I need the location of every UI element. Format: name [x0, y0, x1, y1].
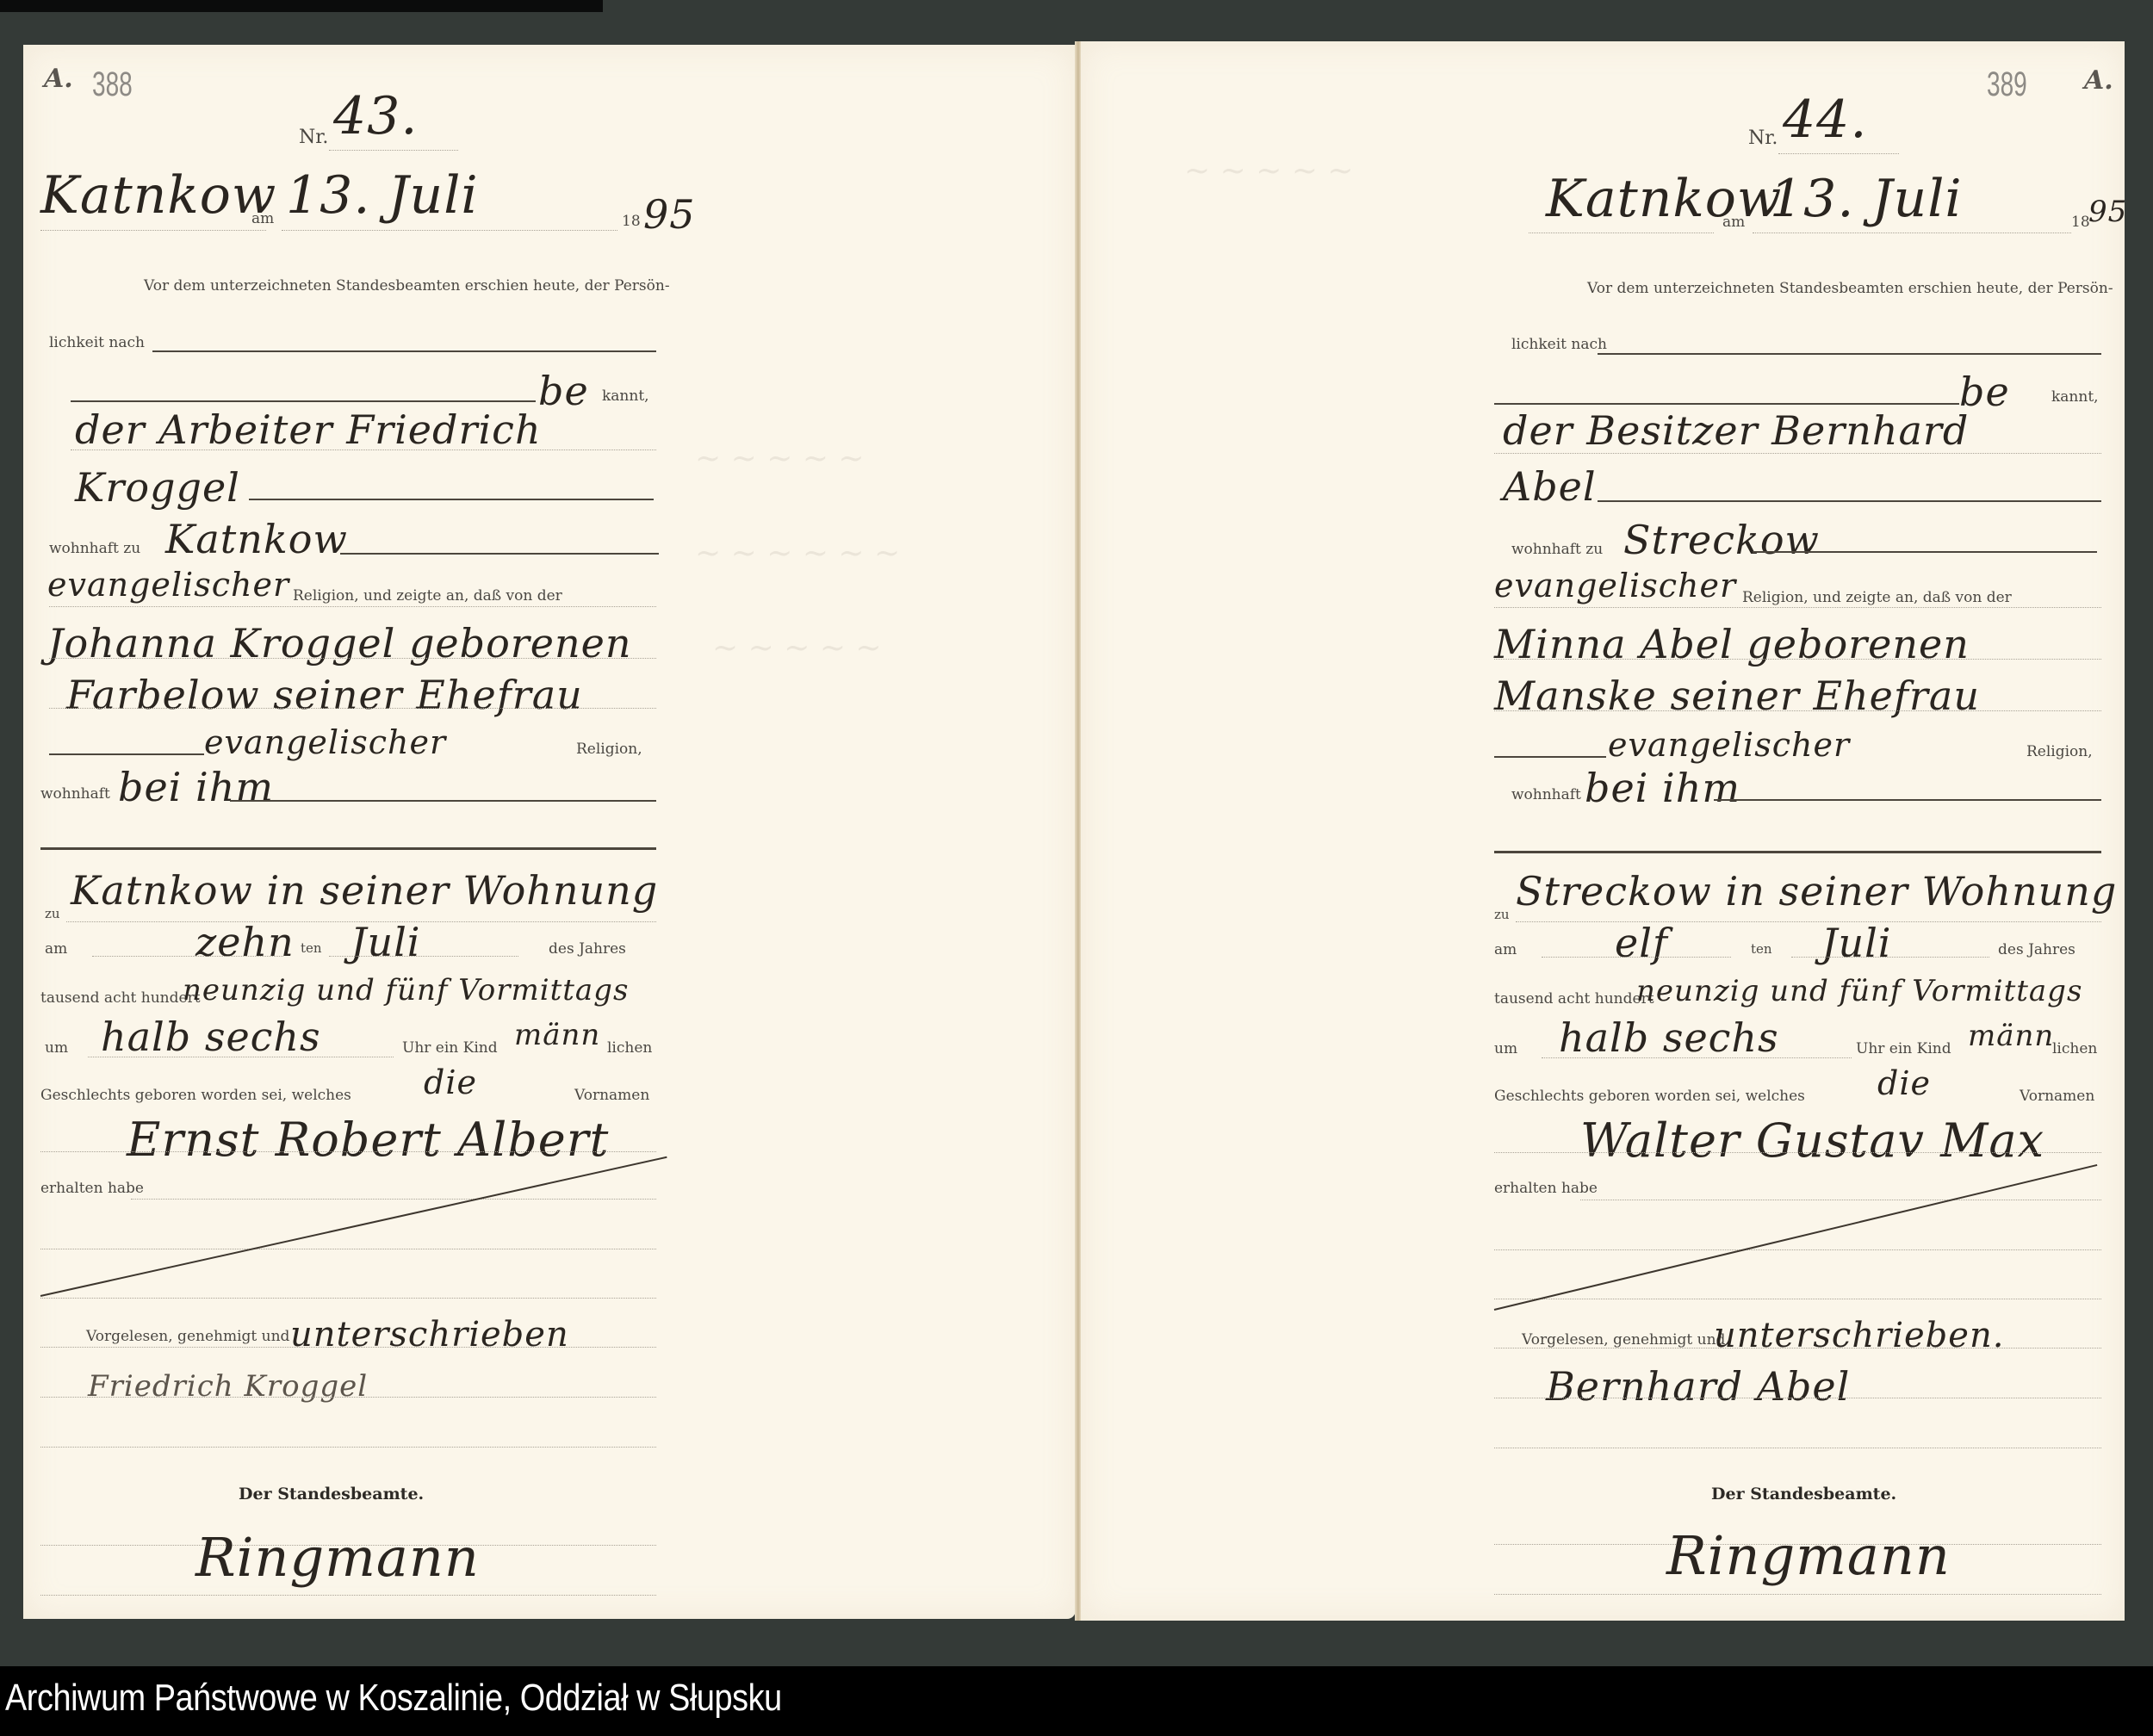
birth-year-text: neunzig und fünf Vormittags	[1636, 974, 2082, 1008]
year-suffix: 95	[643, 191, 696, 238]
am-label: am	[251, 210, 274, 227]
child-given-names: Ernst Robert Albert	[127, 1113, 609, 1167]
child-given-names: Walter Gustav Max	[1580, 1113, 2044, 1168]
birth-year-text: neunzig und fünf Vormittags	[183, 973, 629, 1008]
religion-label-1: Religion, und zeigte an, daß von der	[1742, 589, 2012, 606]
birthplace: Katnkow in seiner Wohnung	[71, 867, 658, 914]
vorgelesen-label: Vorgelesen, genehmigt und	[86, 1328, 289, 1345]
wohnhaft-label: wohnhaft	[40, 785, 110, 803]
vornamen-label: Vornamen	[574, 1087, 649, 1104]
lichen-label: lichen	[607, 1039, 652, 1057]
official-title: Der Standesbeamte.	[239, 1485, 424, 1503]
welches-die: die	[424, 1063, 477, 1101]
geschlechts-label: Geschlechts geboren worden sei, welches	[40, 1087, 351, 1104]
ten-label: ten	[1751, 941, 1772, 957]
religion-label-2: Religion,	[2026, 743, 2093, 760]
birth-time: halb sechs	[1559, 1014, 1779, 1061]
declarant-occupation-name: der Besitzer Bernhard	[1503, 407, 1969, 454]
number-label: Nr.	[1748, 127, 1778, 149]
declarant-religion: evangelischer	[47, 566, 289, 604]
official-signature: Ringmann	[1666, 1524, 1951, 1587]
bekannt-label: kannt,	[2051, 388, 2099, 406]
erhalten-label: erhalten habe	[1494, 1180, 1598, 1197]
year-prefix: 18	[2071, 214, 2090, 231]
mother-name: Minna Abel geborenen	[1494, 621, 1970, 667]
mother-maiden-name: Farbelow seiner Ehefrau	[66, 672, 583, 718]
intro-text: Vor dem unterzeichneten Standesbeamten e…	[144, 277, 670, 294]
unterschrieben-hand: unterschrieben.	[1714, 1316, 2004, 1355]
uhr-label: Uhr ein Kind	[1856, 1040, 1951, 1057]
bleed-through-text: ~ ~ ~ ~ ~ ~	[695, 536, 900, 571]
am-label-2: am	[45, 940, 67, 958]
bleed-through-text: ~ ~ ~ ~ ~	[1184, 153, 1354, 189]
religion-label-1: Religion, und zeigte an, daß von der	[293, 587, 562, 604]
form-letter: A.	[44, 64, 73, 94]
birth-time: halb sechs	[101, 1014, 321, 1060]
mother-religion: evangelischer	[204, 723, 446, 761]
mother-residence: bei ihm	[1585, 765, 1740, 811]
right-page-record-44: A. 389 Nr. 44. Katnkow am 13. Juli 18 95…	[1081, 41, 2125, 1621]
declarant-surname: Kroggel	[75, 464, 240, 511]
mother-maiden-name: Manske seiner Ehefrau	[1494, 673, 1980, 719]
archive-caption: Archiwum Państwowe w Koszalinie, Oddział…	[5, 1677, 782, 1720]
lichkeit-label: lichkeit nach	[1511, 336, 1607, 353]
year-prefix: 18	[622, 213, 641, 230]
registry-place: Katnkow	[1546, 169, 1782, 229]
des-jahres-label: des Jahres	[1998, 941, 2075, 958]
lichen-label: lichen	[2052, 1040, 2097, 1057]
tausend-label: tausend acht hundert	[1494, 990, 1654, 1008]
record-number: 44.	[1783, 90, 1867, 150]
form-letter: A.	[2084, 65, 2113, 96]
bleed-through-text: ~ ~ ~ ~ ~	[695, 441, 865, 476]
official-title: Der Standesbeamte.	[1711, 1485, 1896, 1503]
welches-die: die	[1877, 1064, 1931, 1102]
archive-folio-number: 388	[92, 65, 133, 104]
vornamen-label: Vornamen	[2020, 1088, 2094, 1105]
vorgelesen-label: Vorgelesen, genehmigt und	[1522, 1331, 1725, 1348]
registry-place: Katnkow	[40, 165, 276, 226]
strike-through-line	[40, 1156, 667, 1297]
erhalten-label: erhalten habe	[40, 1180, 144, 1197]
left-page-record-43: A. 388 Nr. 43. Katnkow am 13. Juli 18 95…	[23, 45, 1076, 1619]
bekannt-label: kannt,	[602, 387, 649, 405]
birth-month: Juli	[1821, 920, 1892, 966]
declarant-occupation-name: der Arbeiter Friedrich	[75, 406, 542, 453]
wohnhaft-zu-label: wohnhaft zu	[1511, 541, 1603, 558]
archive-caption-bar: Archiwum Państwowe w Koszalinie, Oddział…	[0, 1666, 2153, 1736]
am-label-2: am	[1494, 941, 1517, 958]
lichkeit-label: lichkeit nach	[49, 334, 145, 351]
registration-date: 13. Juli	[286, 165, 479, 226]
official-signature: Ringmann	[195, 1526, 480, 1589]
wohnhaft-zu-label: wohnhaft zu	[49, 540, 140, 557]
unterschrieben-hand: unterschrieben	[290, 1315, 569, 1355]
birth-day: zehn	[195, 919, 295, 965]
mother-religion: evangelischer	[1608, 726, 1850, 764]
geschlechts-label: Geschlechts geboren worden sei, welches	[1494, 1088, 1805, 1105]
declarant-surname: Abel	[1503, 463, 1597, 510]
mother-residence: bei ihm	[118, 764, 274, 810]
am-label: am	[1722, 214, 1745, 231]
birth-month: Juli	[351, 919, 421, 965]
record-number: 43.	[333, 86, 418, 146]
birthplace: Streckow in seiner Wohnung	[1516, 868, 2117, 914]
mother-name: Johanna Kroggel geborenen	[47, 620, 631, 666]
bekannt-hand: be	[538, 368, 589, 414]
year-suffix: 95	[2088, 195, 2127, 229]
des-jahres-label: des Jahres	[549, 940, 626, 958]
declarant-residence: Streckow	[1623, 517, 1820, 563]
archive-folio-number: 389	[1987, 65, 2027, 104]
um-label: um	[45, 1039, 68, 1057]
declarant-signature: Bernhard Abel	[1546, 1363, 1850, 1410]
number-label: Nr.	[299, 127, 328, 148]
ten-label: ten	[301, 940, 322, 956]
registration-date: 13. Juli	[1770, 169, 1963, 229]
intro-text: Vor dem unterzeichneten Standesbeamten e…	[1587, 280, 2113, 297]
uhr-label: Uhr ein Kind	[402, 1039, 498, 1057]
child-sex: männ	[514, 1018, 600, 1052]
child-sex: männ	[1968, 1019, 2054, 1053]
declarant-signature: Friedrich Kroggel	[88, 1369, 368, 1404]
wohnhaft-label: wohnhaft	[1511, 786, 1581, 803]
religion-label-2: Religion,	[576, 741, 642, 758]
bleed-through-text: ~ ~ ~ ~ ~	[712, 630, 882, 666]
zu-label: zu	[45, 906, 60, 921]
declarant-religion: evangelischer	[1494, 567, 1736, 604]
birth-day: elf	[1615, 920, 1668, 966]
zu-label: zu	[1494, 907, 1510, 922]
tausend-label: tausend acht hundert	[40, 989, 201, 1007]
um-label: um	[1494, 1040, 1517, 1057]
declarant-residence: Katnkow	[165, 516, 348, 562]
